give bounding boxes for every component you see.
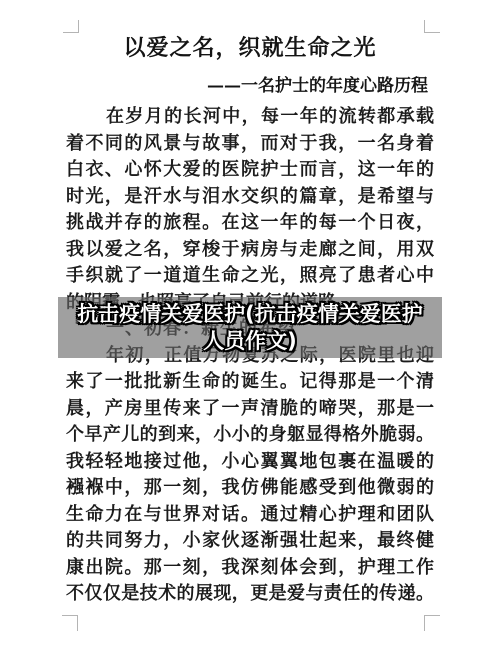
- body-line: 白衣、心怀大爱的医院护士而言，这一年的: [66, 157, 434, 184]
- body-line: 挑战并存的旅程。在这一年的每一个日夜，: [66, 210, 434, 237]
- watermark-text-line2: 人员作文): [203, 328, 297, 355]
- body-line: 着不同的风景与故事，而对于我，一名身着: [66, 131, 434, 158]
- body-line: 我轻轻地接过他，小心翼翼地包裹在温暖的: [66, 449, 434, 476]
- document-subtitle: ——一名护士的年度心路历程: [66, 71, 428, 96]
- body-line: 襁褓中，那一刻，我仿佛能感受到他微弱的: [66, 475, 434, 502]
- body-line: 的共同努力，小家伙逐渐强壮起来，最终健: [66, 528, 434, 555]
- body-line: 个早产儿的到来，小小的身躯显得格外脆弱。: [66, 422, 434, 449]
- body-line: 我以爱之名，穿梭于病房与走廊之间，用双: [66, 237, 434, 264]
- body-line: 晨，产房里传来了一声清脆的啼哭，那是一: [66, 396, 434, 423]
- body-line: 来了一批批新生命的诞生。记得那是一个清: [66, 369, 434, 396]
- document-title: 以爱之名，织就生命之光: [0, 31, 500, 62]
- margin-mark-bottom-left: [62, 615, 78, 631]
- body-line: 手织就了一道道生命之光，照亮了患者心中: [66, 263, 434, 290]
- body-line: 生命力在与世界对话。通过精心护理和团队: [66, 502, 434, 529]
- body-line: 康出院。那一刻，我深刻体会到，护理工作: [66, 555, 434, 582]
- margin-mark-bottom-right: [424, 615, 440, 631]
- watermark-text-line1: 抗击疫情关爱医护(抗击疫情关爱医护: [77, 301, 423, 328]
- body-line: 时光，是汗水与泪水交织的篇章，是希望与: [66, 184, 434, 211]
- body-line: 在岁月的长河中，每一年的流转都承载: [66, 104, 434, 131]
- body-line: 不仅仅是技术的展现，更是爱与责任的传递。: [66, 581, 434, 608]
- watermark-overlay: 抗击疫情关爱医护(抗击疫情关爱医护 人员作文): [58, 297, 442, 358]
- document-page: 以爱之名，织就生命之光 ——一名护士的年度心路历程 在岁月的长河中，每一年的流转…: [0, 0, 500, 652]
